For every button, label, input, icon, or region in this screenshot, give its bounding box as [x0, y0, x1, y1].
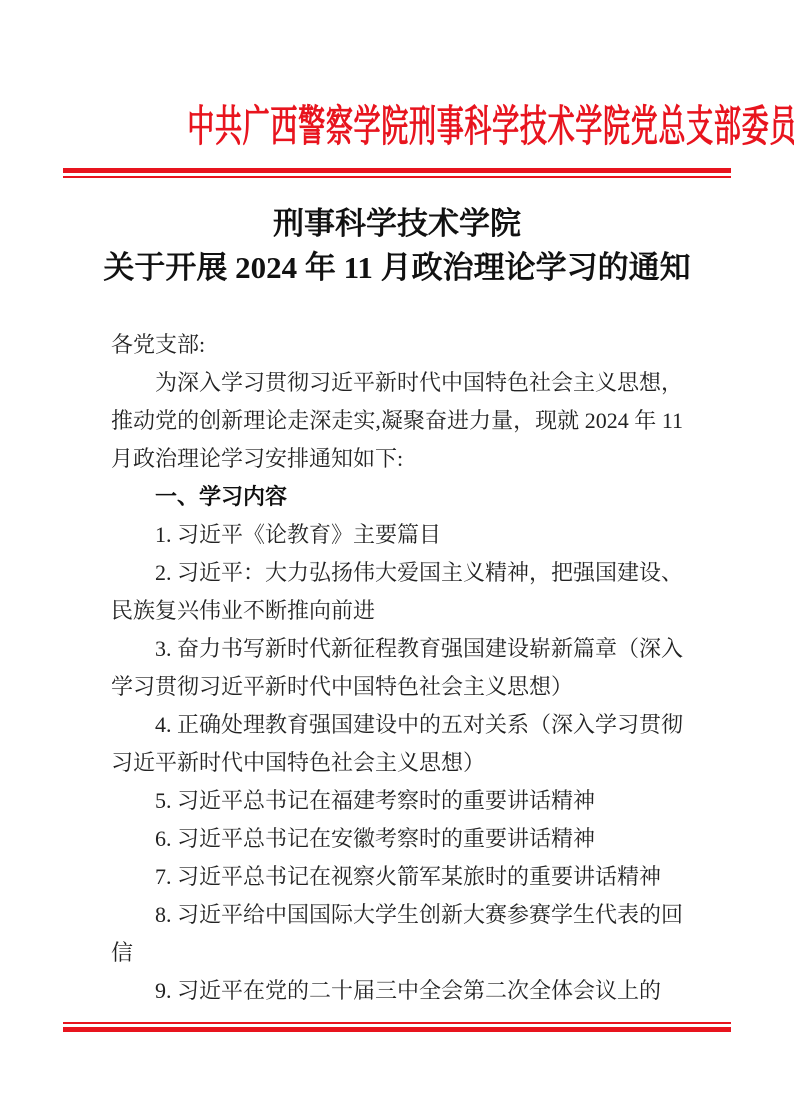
list-item: 7. 习近平总书记在视察火箭军某旅时的重要讲话精神	[111, 858, 683, 896]
list-item: 1. 习近平《论教育》主要篇目	[111, 516, 683, 554]
document-page: 中共广西警察学院刑事科学技术学院党总支部委员会 刑事科学技术学院 关于开展 20…	[0, 0, 794, 1108]
intro-paragraph: 为深入学习贯彻习近平新时代中国特色社会主义思想，推动党的创新理论走深走实,凝聚奋…	[111, 364, 683, 478]
list-item: 8. 习近平给中国国际大学生创新大赛参赛学生代表的回信	[111, 896, 683, 972]
title-line-1: 刑事科学技术学院	[58, 202, 736, 246]
footer-divider	[63, 1022, 731, 1032]
list-item: 5. 习近平总书记在福建考察时的重要讲话精神	[111, 782, 683, 820]
letterhead: 中共广西警察学院刑事科学技术学院党总支部委员会	[0, 0, 794, 152]
list-item: 2. 习近平：大力弘扬伟大爱国主义精神，把强国建设、民族复兴伟业不断推向前进	[111, 554, 683, 630]
document-title: 刑事科学技术学院 关于开展 2024 年 11 月政治理论学习的通知	[58, 202, 736, 290]
title-line-2: 关于开展 2024 年 11 月政治理论学习的通知	[58, 246, 736, 290]
document-body: 各党支部: 为深入学习贯彻习近平新时代中国特色社会主义思想，推动党的创新理论走深…	[111, 326, 683, 1010]
salutation: 各党支部:	[111, 326, 683, 364]
list-item: 6. 习近平总书记在安徽考察时的重要讲话精神	[111, 820, 683, 858]
org-name: 中共广西警察学院刑事科学技术学院党总支部委员会	[187, 104, 794, 152]
header-divider	[63, 168, 731, 178]
list-item: 3. 奋力书写新时代新征程教育强国建设崭新篇章（深入学习贯彻习近平新时代中国特色…	[111, 630, 683, 706]
section-heading-learning-content: 一、学习内容	[111, 478, 683, 516]
list-item: 9. 习近平在党的二十届三中全会第二次全体会议上的	[111, 972, 683, 1010]
list-item: 4. 正确处理教育强国建设中的五对关系（深入学习贯彻习近平新时代中国特色社会主义…	[111, 706, 683, 782]
